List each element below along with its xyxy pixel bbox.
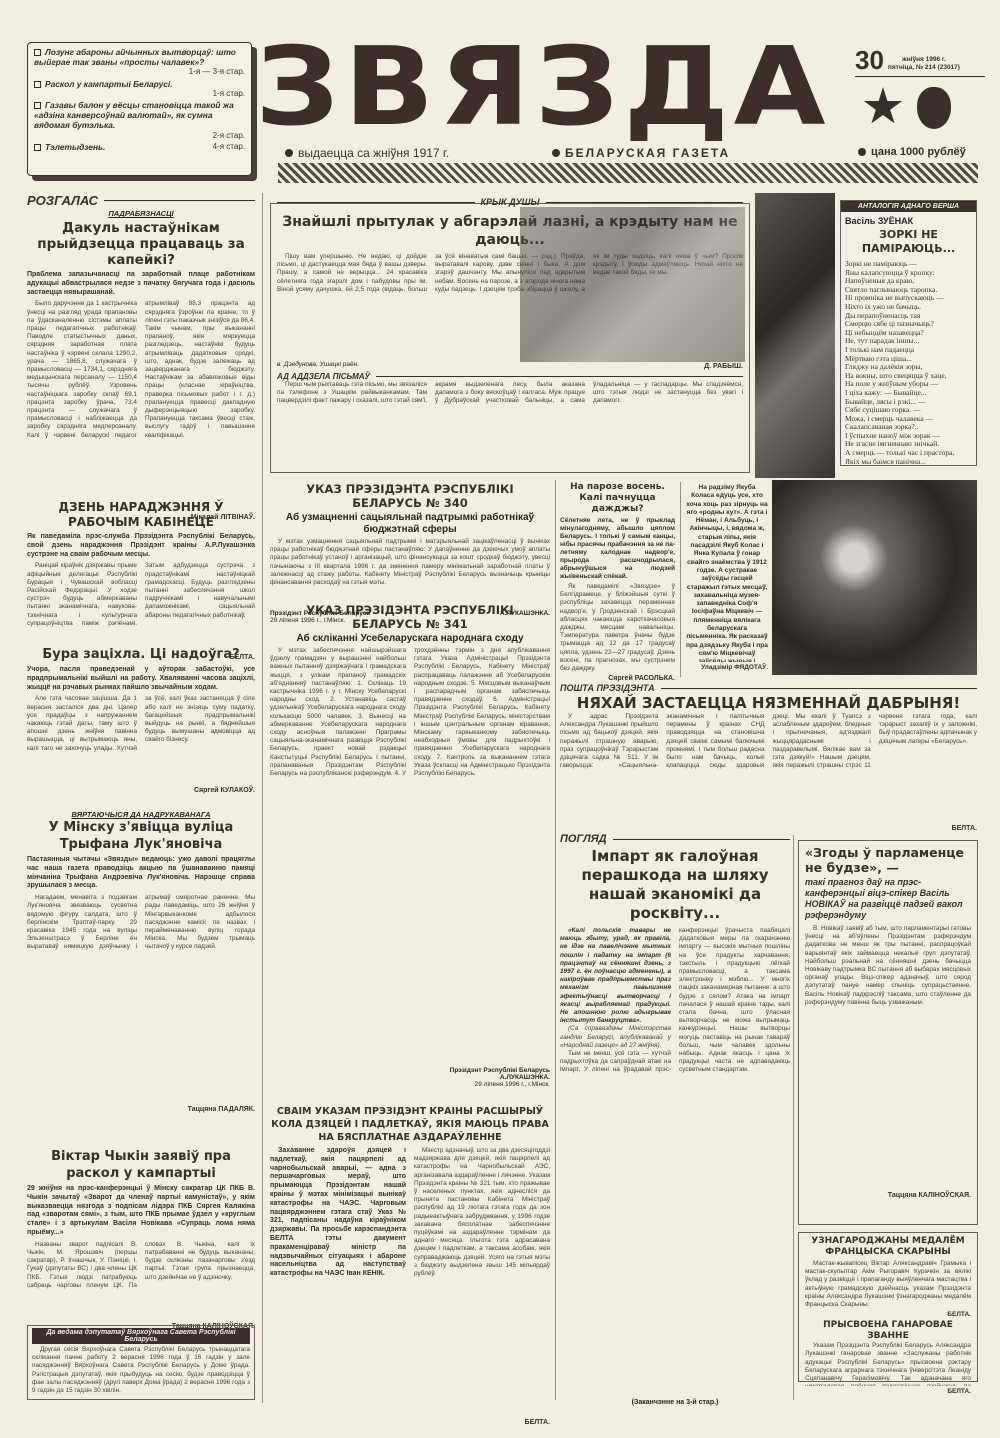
body: Як паведамілі «Звяздзе» ў Белгідрамеце, … <box>560 583 675 673</box>
body: Перш чым рыхтаваць гэта пісьмо, мы звяза… <box>277 381 743 461</box>
headline[interactable]: Бура заціхла. Ці надоўга? <box>27 647 255 663</box>
body: Мастак-жывапісец Віктар Аляксандравіч Гр… <box>805 1260 971 1309</box>
notice-body: Другая сесія Вярхоўнага Савета Рэспублік… <box>32 1346 250 1395</box>
subhead: Аб узмацненні сацыяльнай падтрымкі работ… <box>270 512 550 536</box>
kicker: ВЯРТАЮЧЫСЯ ДА НАДРУКАВАНАГА <box>27 810 255 819</box>
article-rain: На парозе восень. Калі пачнуцца дажджы? … <box>560 482 675 682</box>
lead: Учора, пасля праведзенай у аўторак забас… <box>27 666 255 692</box>
teaser-item[interactable]: Газавы балон у вёсцы становіцца такой жа… <box>34 100 245 141</box>
article-novikau: «Згоды ў парламенце не будзе», — такі пр… <box>798 840 978 1225</box>
article-minsk-street: ВЯРТАЮЧЫСЯ ДА НАДРУКАВАНАГА У Мінску з'я… <box>27 810 255 1113</box>
article-storm: Бура заціхла. Ці надоўга? Учора, пасля п… <box>27 647 255 794</box>
poem-title[interactable]: ЗОРКІ НЕ ПАМІРАЮЦЬ... <box>845 228 972 256</box>
headline[interactable]: ДЗЕНЬ НАРАДЖЭННЯ Ў РАБОЧЫМ КАБІНЕЦЕ <box>27 500 255 530</box>
subtitle-tagline: БЕЛАРУСКАЯ ГАЗЕТА <box>552 146 730 160</box>
trees-photo <box>772 480 977 675</box>
gate-photo <box>755 193 835 478</box>
body: У адрас Прэзідэнта Александра Лукашэнкі … <box>560 713 977 823</box>
author: Д. РАБЫШ. <box>704 363 743 370</box>
lead: 29 жніўня на прэс-канферэнцыі ў Мінску с… <box>27 1185 255 1238</box>
teaser-item[interactable]: Раскол у кампартыі Беларусі.1-я стар. <box>34 79 245 99</box>
since-tagline: выдаецца са жніўня 1917 г. <box>285 146 449 160</box>
rubric: АНТАЛОГІЯ АДНАГО ВЕРША <box>841 201 976 212</box>
location: в. Дзедунова, Ушацкі раён. <box>277 361 359 370</box>
subhead: такі прагноз даў на прэс-канферэнцыі віц… <box>805 877 971 921</box>
price-tagline: цана 1000 рублёў <box>858 146 966 158</box>
lead: Сёлетняе лета, не ў прыклад мінулагодням… <box>560 517 675 581</box>
article-birthday: ДЗЕНЬ НАРАДЖЭННЯ Ў РАБОЧЫМ КАБІНЕЦЕ Як п… <box>27 500 255 661</box>
author: БЕЛТА. <box>270 1419 550 1426</box>
checkbox-icon <box>34 81 41 88</box>
author: Сяргей РАСОЛЬКА. <box>560 675 675 682</box>
body: «Калі польскія тавары не маюць збыту, ур… <box>560 927 790 1397</box>
subhead: Аб скліканні Усебеларускага народнага сх… <box>270 633 550 645</box>
lead: Як паведаміла прэс-служба Прэзідэнта Рэс… <box>27 533 255 559</box>
rubric: АД АДДЗЕЛА ПІСЬМАЎ <box>277 372 743 381</box>
body: У мэтах забеспячэння найшырэйшага ўдзелу… <box>270 647 550 1067</box>
headline[interactable]: ПРЫСВОЕНА ГАНАРОВАЕ ЗВАННЕ <box>805 1320 971 1342</box>
bullet-icon <box>858 148 866 156</box>
photo-caption: На радзіму Якуба Коласа едуць усе, хто х… <box>686 484 768 662</box>
rubric: РОЗГАЛАС <box>27 193 255 208</box>
headline[interactable]: У Мінску з'явіцца вуліца Трыфана Лук'яно… <box>27 819 255 853</box>
author: Сяргей КУЛАКОЎ. <box>27 787 255 794</box>
rubric: ПОШТА ПРЭЗІДЭНТА <box>560 683 977 693</box>
notice-title: Да ведама дэпутатаў Вярхоўнага Савета Рэ… <box>32 1328 250 1344</box>
rubric: КРЫК ДУШЫ <box>277 197 743 207</box>
article-president-mail: ПОШТА ПРЭЗІДЭНТА НЯХАЙ ЗАСТАЕЦЦА НЯЗМЕНН… <box>560 683 977 832</box>
checkbox-icon <box>34 49 41 56</box>
body: Раніцай кіраўнік дзяржавы прыме афіцыйны… <box>27 562 255 652</box>
article-rozgalas: РОЗГАЛАС ПАДРАБЯЗНАСЦІ Дакуль настаўніка… <box>27 193 255 521</box>
column-divider <box>262 193 263 1403</box>
headline[interactable]: УЗНАГАРОДЖАНЫ МЕДАЛЁМ ФРАНЦЫСКА СКАРЫНЫ <box>805 1236 971 1258</box>
headline[interactable]: Дакуль настаўнікам прыйдзецца працаваць … <box>27 220 255 268</box>
bullet-icon <box>285 149 293 157</box>
teaser-item[interactable]: Лозунг абароны айчынных вытворцаў: што в… <box>34 47 245 78</box>
photographer: Уладзімір ФЯДОТАЎ. <box>686 664 768 671</box>
checkbox-icon <box>34 102 41 109</box>
poem-lines: Зоркі не паміраюць —Яны калапсуюцца ў кр… <box>845 260 972 466</box>
day-number: 30 <box>855 48 884 72</box>
article-children-health: СВАІМ УКАЗАМ ПРЭЗІДЭНТ КРАІНЫ РАСШЫРЫЎ К… <box>270 1105 550 1426</box>
body: Указам Прэзідэнта Рэспублікі Беларусь Ал… <box>805 1342 971 1386</box>
author: Таццяна ПАДАЛЯК. <box>27 1106 255 1113</box>
author: БЕЛТА. <box>805 1388 971 1395</box>
column-divider <box>680 482 681 677</box>
poem-author: Васіль ЗУЁНАК <box>845 216 972 226</box>
article-decree-341: УКАЗ ПРЭЗІДЭНТА РЭСПУБЛІКІ БЕЛАРУСЬ № 34… <box>270 603 550 1088</box>
lead: Пастаянныя чытачы «Звязды» ведаюць: ужо … <box>27 856 255 891</box>
body: Названы зварот падпісалі В. Чыкін, М. Яр… <box>27 1241 255 1321</box>
body: Захаванне здароўя дзяцей і падлеткаў, як… <box>270 1147 550 1417</box>
headline[interactable]: «Згоды ў парламенце не будзе», — <box>805 845 971 875</box>
article-poem: АНТАЛОГІЯ АДНАГО ВЕРША Васіль ЗУЁНАК ЗОР… <box>840 200 977 466</box>
bullet-icon <box>552 149 560 157</box>
ornament-band <box>278 163 978 183</box>
article-import: ПОГЛЯД Імпарт як галоўная перашкода на ш… <box>560 833 790 1406</box>
headline[interactable]: На парозе восень. Калі пачнуцца дажджы? <box>560 482 675 515</box>
author: Таццяна КАЛІНОЎСКАЯ. <box>805 1192 971 1199</box>
date-block: 30 жніўня 1996 г. пятніца, № 214 (23017) <box>855 48 985 129</box>
article-awards: УЗНАГАРОДЖАНЫ МЕДАЛЁМ ФРАНЦЫСКА СКАРЫНЫ … <box>798 1232 978 1382</box>
body: Было даручэнне да 1 кастрычніка ўнесці н… <box>27 300 255 512</box>
lead: Праблема запазычанасці па заработнай пла… <box>27 271 255 297</box>
woman-photo <box>520 207 745 362</box>
headline[interactable]: НЯХАЙ ЗАСТАЕЦЦА НЯЗМЕННАЙ ДАБРЫНЯ! <box>560 693 977 713</box>
column-divider <box>793 835 794 1400</box>
headline[interactable]: УКАЗ ПРЭЗІДЭНТА РЭСПУБЛІКІ БЕЛАРУСЬ № 34… <box>270 603 550 631</box>
article-kolas: На радзіму Якуба Коласа едуць усе, хто х… <box>686 484 768 671</box>
session-notice: Да ведама дэпутатаў Вярхоўнага Савета Рэ… <box>27 1325 255 1400</box>
order-medal-icon <box>917 87 951 129</box>
headline[interactable]: Імпарт як галоўная перашкода на шляху на… <box>560 847 790 923</box>
headline[interactable]: СВАІМ УКАЗАМ ПРЭЗІДЭНТ КРАІНЫ РАСШЫРЫЎ К… <box>270 1105 550 1144</box>
column-divider <box>555 480 556 1400</box>
body: В. Новікаў заявіў аб тым, што парламента… <box>805 925 971 1190</box>
kicker: ПАДРАБЯЗНАСЦІ <box>27 209 255 218</box>
continued-note[interactable]: (Заканчэнне на 3-й стар.) <box>560 1399 790 1406</box>
newspaper-logo: ЗВЯЗДА <box>280 45 780 130</box>
body: У мэтах узмацнення сацыяльнай падтрымкі … <box>270 538 550 610</box>
order-star-icon <box>863 87 903 127</box>
date-text: жніўня 1996 г. <box>888 56 960 64</box>
headline[interactable]: Віктар Чыкін заявіў пра раскол у кампарт… <box>27 1148 255 1182</box>
rubric: ПОГЛЯД <box>560 833 790 845</box>
teasers-box: Лозунг абароны айчынных вытворцаў: што в… <box>27 42 252 176</box>
author: БЕЛТА. <box>805 1311 971 1318</box>
article-chykin: Віктар Чыкін заявіў пра раскол у кампарт… <box>27 1148 255 1330</box>
headline[interactable]: УКАЗ ПРЭЗІДЭНТА РЭСПУБЛІКІ БЕЛАРУСЬ № 34… <box>270 482 550 510</box>
issue-number: пятніца, № 214 (23017) <box>888 64 960 72</box>
teaser-item[interactable]: Тэлетыдзень.4-я стар. <box>34 142 245 152</box>
body: Нагадаем, менавіта з подзвігам Лук'янові… <box>27 894 255 1104</box>
author: БЕЛТА. <box>560 825 977 832</box>
body: Але гэта часовае зацішша. Да 1 верасня з… <box>27 695 255 785</box>
checkbox-icon <box>34 144 41 151</box>
